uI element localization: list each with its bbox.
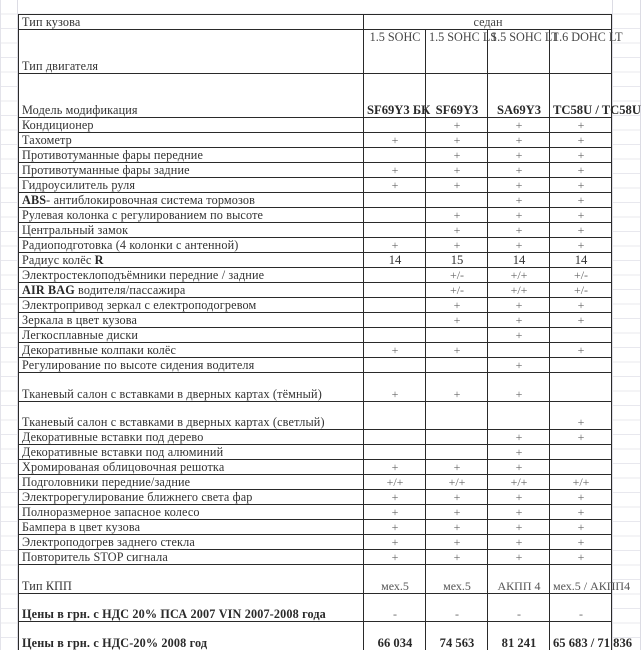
feature-value-cell[interactable]: + <box>364 133 426 148</box>
feature-row: Полноразмерное запасное колесо++++ <box>19 505 612 520</box>
feature-value-cell[interactable]: + <box>426 163 488 178</box>
feature-value-cell[interactable] <box>488 343 550 358</box>
feature-value-cell[interactable]: + <box>488 163 550 178</box>
feature-label-text: Радиус колёс <box>22 253 95 267</box>
feature-value-cell[interactable]: + <box>426 313 488 328</box>
feature-value-cell[interactable]: + <box>488 313 550 328</box>
feature-value-cell[interactable]: + <box>488 193 550 208</box>
feature-value-cell[interactable]: + <box>488 535 550 550</box>
feature-value-cell[interactable] <box>364 193 426 208</box>
feature-value-cell[interactable]: + <box>488 148 550 163</box>
feature-label[interactable]: Декоративные вставки под дерево <box>19 430 364 445</box>
feature-label[interactable]: Радиус колёс R <box>19 253 364 268</box>
feature-label[interactable]: Зеркала в цвет кузова <box>19 313 364 328</box>
gearbox-row-cell[interactable]: мех.5 <box>364 565 426 594</box>
feature-label-text: Полноразмерное запасное колесо <box>22 505 200 519</box>
feature-value-cell[interactable]: + <box>488 298 550 313</box>
feature-row: Противотуманные фары передние+++ <box>19 148 612 163</box>
price-2008-row-label[interactable]: Цены в грн. с НДС-20% 2008 год <box>19 622 364 650</box>
feature-value-cell[interactable]: + <box>550 163 612 178</box>
feature-value-cell[interactable] <box>550 358 612 373</box>
feature-label-text: Регулирование по высоте сидения водителя <box>22 358 254 372</box>
feature-label[interactable]: Противотуманные фары задние <box>19 163 364 178</box>
feature-label[interactable]: ABS- антиблокировочная система тормозов <box>19 193 364 208</box>
feature-value-cell[interactable]: + <box>488 328 550 343</box>
feature-value-cell[interactable]: + <box>426 118 488 133</box>
engine-cell[interactable]: 1.5 SOHC <box>364 30 426 74</box>
feature-value-cell[interactable]: + <box>488 373 550 402</box>
feature-row: Центральный замок+++ <box>19 223 612 238</box>
feature-value-cell[interactable]: + <box>364 163 426 178</box>
feature-value-cell[interactable]: +/- <box>426 268 488 283</box>
feature-value-cell[interactable]: + <box>426 133 488 148</box>
feature-label[interactable]: Центральный замок <box>19 223 364 238</box>
feature-value-cell[interactable]: + <box>488 178 550 193</box>
feature-value-cell[interactable] <box>364 268 426 283</box>
gearbox-row-cell[interactable]: АКПП 4 <box>488 565 550 594</box>
feature-value-cell[interactable]: + <box>550 193 612 208</box>
feature-row: Легкосплавные диски+ <box>19 328 612 343</box>
feature-value-cell[interactable]: + <box>488 520 550 535</box>
feature-label-text: Повторитель STOP сигнала <box>22 550 168 564</box>
body-type-value[interactable]: седан <box>364 15 612 30</box>
feature-value-cell[interactable] <box>364 445 426 460</box>
feature-label[interactable]: Тканевый салон с вставками в дверных кар… <box>19 373 364 402</box>
engine-cell[interactable]: 1.6 DOHC LT <box>550 30 612 74</box>
feature-value-cell[interactable] <box>364 328 426 343</box>
gearbox-row-cell[interactable]: мех.5 / АКПП4 <box>550 565 612 594</box>
feature-row: Противотуманные фары задние++++ <box>19 163 612 178</box>
feature-value-cell[interactable] <box>426 401 488 430</box>
feature-label[interactable]: Рулевая колонка с регулированием по высо… <box>19 208 364 223</box>
feature-value-cell[interactable]: +/- <box>550 268 612 283</box>
engine-cell[interactable]: 1.5 SOHC LT <box>488 30 550 74</box>
feature-row: Бампера в цвет кузова++++ <box>19 520 612 535</box>
feature-label[interactable]: AIR BAG водителя/пассажира <box>19 283 364 298</box>
feature-value-cell[interactable]: + <box>488 505 550 520</box>
feature-row: AIR BAG водителя/пассажира+/-+/++/- <box>19 283 612 298</box>
feature-value-cell[interactable]: + <box>550 223 612 238</box>
feature-row: Электропривод зеркал с електроподогревом… <box>19 298 612 313</box>
feature-label-keyword: AIR BAG <box>22 283 75 297</box>
feature-label-text: Бампера в цвет кузова <box>22 520 140 534</box>
price-2007-row: Цены в грн. с НДС 20% ПСА 2007 VIN 2007-… <box>19 593 612 622</box>
feature-value-cell[interactable] <box>364 118 426 133</box>
feature-value-cell[interactable] <box>364 283 426 298</box>
feature-label[interactable]: Тахометр <box>19 133 364 148</box>
feature-label[interactable]: Тканевый салон с вставками в дверных кар… <box>19 401 364 430</box>
feature-label-text: Электропривод зеркал с електроподогревом <box>22 298 256 312</box>
feature-value-cell[interactable]: + <box>550 490 612 505</box>
feature-value-cell[interactable] <box>426 193 488 208</box>
feature-row: Электростеклоподъёмники передние / задни… <box>19 268 612 283</box>
feature-value-cell[interactable] <box>426 430 488 445</box>
gearbox-row: Тип КППмех.5мех.5АКПП 4мех.5 / АКПП4 <box>19 565 612 594</box>
feature-label-text: Декоративные вставки под алюминий <box>22 445 223 459</box>
feature-value-cell[interactable] <box>550 328 612 343</box>
feature-label[interactable]: Противотуманные фары передние <box>19 148 364 163</box>
feature-value-cell[interactable]: + <box>364 550 426 565</box>
price-2007-row-cell[interactable]: - <box>550 593 612 622</box>
feature-value-cell[interactable]: +/+ <box>488 268 550 283</box>
feature-value-cell[interactable]: + <box>488 550 550 565</box>
feature-value-cell[interactable] <box>488 401 550 430</box>
feature-value-cell[interactable]: +/+ <box>488 283 550 298</box>
feature-value-cell[interactable]: + <box>488 460 550 475</box>
feature-label-keyword: ABS <box>22 193 46 207</box>
feature-row: Тканевый салон с вставками в дверных кар… <box>19 373 612 402</box>
specification-table: Тип кузова седан Тип двигателя 1.5 SOHC … <box>18 14 612 650</box>
feature-value-cell[interactable] <box>364 223 426 238</box>
feature-label-text: Противотуманные фары задние <box>22 163 190 177</box>
feature-value-cell[interactable]: 14 <box>550 253 612 268</box>
feature-value-cell[interactable]: + <box>488 445 550 460</box>
feature-value-cell[interactable] <box>364 313 426 328</box>
feature-value-cell[interactable]: 14 <box>364 253 426 268</box>
feature-value-cell[interactable]: +/- <box>550 283 612 298</box>
feature-value-cell[interactable] <box>364 358 426 373</box>
feature-value-cell[interactable]: + <box>550 430 612 445</box>
feature-value-cell[interactable]: + <box>550 343 612 358</box>
model-row: Модель модификация SF69Y3 БК SF69Y3 SA69… <box>19 74 612 118</box>
feature-value-cell[interactable]: + <box>426 490 488 505</box>
feature-row: Электрорегулирование ближнего света фар+… <box>19 490 612 505</box>
feature-label-text: Электростеклоподъёмники передние / задни… <box>22 268 264 282</box>
feature-label-text: Электрорегулирование ближнего света фар <box>22 490 253 504</box>
feature-value-cell[interactable]: +/+ <box>550 475 612 490</box>
feature-value-cell[interactable] <box>364 430 426 445</box>
feature-value-cell[interactable]: + <box>426 550 488 565</box>
price-2007-row-cell[interactable]: - <box>364 593 426 622</box>
feature-value-cell[interactable]: + <box>550 505 612 520</box>
feature-row: ABS- антиблокировочная система тормозов+… <box>19 193 612 208</box>
feature-value-cell[interactable]: + <box>426 223 488 238</box>
feature-value-cell[interactable]: + <box>364 460 426 475</box>
feature-value-cell[interactable]: +/+ <box>488 475 550 490</box>
feature-label-text: Хромированая облицовочная решотка <box>22 460 224 474</box>
feature-row: Декоративные колпаки колёс+++ <box>19 343 612 358</box>
engine-row: Тип двигателя 1.5 SOHC 1.5 SOHC LS 1.5 S… <box>19 30 612 74</box>
feature-label-text: Подголовники передние/задние <box>22 475 190 489</box>
feature-row: Тахометр++++ <box>19 133 612 148</box>
price-2007-row-label[interactable]: Цены в грн. с НДС 20% ПСА 2007 VIN 2007-… <box>19 593 364 622</box>
feature-value-cell[interactable]: + <box>550 238 612 253</box>
feature-value-cell[interactable] <box>426 328 488 343</box>
feature-value-cell[interactable]: + <box>426 535 488 550</box>
feature-label-text: Декоративные вставки под дерево <box>22 430 204 444</box>
feature-label[interactable]: Радиоподготовка (4 колонки с антенной) <box>19 238 364 253</box>
model-cell[interactable]: SF69Y3 БК <box>364 74 426 118</box>
feature-label-text: Радиоподготовка (4 колонки с антенной) <box>22 238 238 252</box>
feature-label[interactable]: Бампера в цвет кузова <box>19 520 364 535</box>
feature-value-cell[interactable]: + <box>426 520 488 535</box>
feature-value-cell[interactable]: + <box>550 298 612 313</box>
feature-value-cell[interactable]: + <box>364 505 426 520</box>
price-2008-row-cell[interactable]: 74 563 <box>426 622 488 650</box>
gearbox-row-label[interactable]: Тип КПП <box>19 565 364 594</box>
model-label[interactable]: Модель модификация <box>19 74 364 118</box>
model-cell[interactable]: SA69Y3 <box>488 74 550 118</box>
feature-value-cell[interactable]: + <box>550 148 612 163</box>
feature-label-text: Центральный замок <box>22 223 128 237</box>
model-cell[interactable]: TC58U / TC58U-05 <box>550 74 612 118</box>
feature-value-cell[interactable]: + <box>426 208 488 223</box>
body-type-row: Тип кузова седан <box>19 15 612 30</box>
feature-label[interactable]: Легкосплавные диски <box>19 328 364 343</box>
gearbox-row-cell[interactable]: мех.5 <box>426 565 488 594</box>
feature-value-cell[interactable] <box>364 148 426 163</box>
feature-value-cell[interactable]: + <box>550 133 612 148</box>
feature-label[interactable]: Кондиционер <box>19 118 364 133</box>
feature-value-cell[interactable]: + <box>426 148 488 163</box>
feature-label-text: Рулевая колонка с регулированием по высо… <box>22 208 263 222</box>
feature-label-text: Электроподогрев заднего стекла <box>22 535 195 549</box>
feature-value-cell[interactable]: + <box>426 298 488 313</box>
feature-label[interactable]: Полноразмерное запасное колесо <box>19 505 364 520</box>
gridline <box>612 0 613 650</box>
feature-value-cell[interactable]: + <box>364 178 426 193</box>
feature-row: Хромированая облицовочная решотка+++ <box>19 460 612 475</box>
feature-value-cell[interactable]: + <box>364 490 426 505</box>
body-type-label[interactable]: Тип кузова <box>19 15 364 30</box>
feature-value-cell[interactable]: + <box>488 490 550 505</box>
feature-label[interactable]: Электростеклоподъёмники передние / задни… <box>19 268 364 283</box>
feature-row: Радиус колёс R14151414 <box>19 253 612 268</box>
feature-value-cell[interactable]: 14 <box>488 253 550 268</box>
engine-label[interactable]: Тип двигателя <box>19 30 364 74</box>
feature-value-cell[interactable]: +/+ <box>364 475 426 490</box>
feature-label-text: - антиблокировочная система тормозов <box>46 193 255 207</box>
feature-label-text: Тканевый салон с вставками в дверных кар… <box>22 387 322 401</box>
feature-value-cell[interactable]: + <box>364 238 426 253</box>
feature-row: Кондиционер+++ <box>19 118 612 133</box>
price-2007-row-cell[interactable]: - <box>488 593 550 622</box>
price-2008-row-cell[interactable]: 66 034 <box>364 622 426 650</box>
feature-value-cell[interactable]: + <box>426 238 488 253</box>
feature-value-cell[interactable]: + <box>550 401 612 430</box>
feature-value-cell[interactable]: + <box>426 178 488 193</box>
feature-value-cell[interactable]: + <box>426 373 488 402</box>
feature-label[interactable]: Электрорегулирование ближнего света фар <box>19 490 364 505</box>
model-cell[interactable]: SF69Y3 <box>426 74 488 118</box>
feature-label-keyword: R <box>95 253 104 267</box>
feature-row: Электроподогрев заднего стекла++++ <box>19 535 612 550</box>
feature-value-cell[interactable]: + <box>488 358 550 373</box>
feature-label-text: Зеркала в цвет кузова <box>22 313 137 327</box>
feature-label-text: Легкосплавные диски <box>22 328 138 342</box>
feature-value-cell[interactable]: + <box>550 178 612 193</box>
feature-value-cell[interactable]: 15 <box>426 253 488 268</box>
price-2007-row-cell[interactable]: - <box>426 593 488 622</box>
feature-value-cell[interactable]: + <box>426 460 488 475</box>
feature-value-cell[interactable]: + <box>488 238 550 253</box>
feature-value-cell[interactable]: + <box>488 430 550 445</box>
feature-label-text: Противотуманные фары передние <box>22 148 203 162</box>
engine-cell[interactable]: 1.5 SOHC LS <box>426 30 488 74</box>
price-2008-row-cell[interactable]: 81 241 <box>488 622 550 650</box>
feature-row: Гидроусилитель руля++++ <box>19 178 612 193</box>
feature-value-cell[interactable] <box>426 445 488 460</box>
feature-value-cell[interactable] <box>550 445 612 460</box>
feature-label-text: Гидроусилитель руля <box>22 178 135 192</box>
feature-label[interactable]: Декоративные колпаки колёс <box>19 343 364 358</box>
feature-label-text: Декоративные колпаки колёс <box>22 343 176 357</box>
feature-value-cell[interactable] <box>550 460 612 475</box>
feature-value-cell[interactable]: + <box>488 223 550 238</box>
feature-label-text: Тканевый салон с вставками в дверных кар… <box>22 415 325 429</box>
feature-value-cell[interactable]: +/+ <box>426 475 488 490</box>
feature-value-cell[interactable]: + <box>364 343 426 358</box>
feature-value-cell[interactable]: + <box>364 535 426 550</box>
feature-label[interactable]: Гидроусилитель руля <box>19 178 364 193</box>
feature-row: Декоративные вставки под алюминий+ <box>19 445 612 460</box>
feature-label-text: Тахометр <box>22 133 72 147</box>
feature-value-cell[interactable]: + <box>550 535 612 550</box>
feature-label[interactable]: Повторитель STOP сигнала <box>19 550 364 565</box>
price-2008-row-cell[interactable]: 65 683 / 71 836 <box>550 622 612 650</box>
feature-value-cell[interactable] <box>550 373 612 402</box>
feature-row: Тканевый салон с вставками в дверных кар… <box>19 401 612 430</box>
feature-value-cell[interactable]: + <box>426 343 488 358</box>
feature-value-cell[interactable]: + <box>426 505 488 520</box>
feature-value-cell[interactable]: + <box>364 373 426 402</box>
feature-value-cell[interactable]: + <box>488 208 550 223</box>
feature-label[interactable]: Электропривод зеркал с електроподогревом <box>19 298 364 313</box>
feature-label-text: Кондиционер <box>22 118 94 132</box>
feature-value-cell[interactable]: + <box>550 313 612 328</box>
feature-value-cell[interactable] <box>364 298 426 313</box>
feature-label[interactable]: Подголовники передние/задние <box>19 475 364 490</box>
feature-row: Радиоподготовка (4 колонки с антенной)++… <box>19 238 612 253</box>
feature-value-cell[interactable]: + <box>550 208 612 223</box>
feature-label[interactable]: Электроподогрев заднего стекла <box>19 535 364 550</box>
feature-value-cell[interactable]: + <box>488 118 550 133</box>
feature-label[interactable]: Регулирование по высоте сидения водителя <box>19 358 364 373</box>
feature-value-cell[interactable]: + <box>488 133 550 148</box>
feature-value-cell[interactable] <box>364 401 426 430</box>
feature-row: Декоративные вставки под дерево++ <box>19 430 612 445</box>
feature-row: Рулевая колонка с регулированием по высо… <box>19 208 612 223</box>
feature-value-cell[interactable] <box>364 208 426 223</box>
feature-value-cell[interactable]: + <box>550 550 612 565</box>
price-2008-row: Цены в грн. с НДС-20% 2008 год66 03474 5… <box>19 622 612 650</box>
feature-label-text: водителя/пассажира <box>75 283 186 297</box>
feature-value-cell[interactable]: +/- <box>426 283 488 298</box>
feature-label[interactable]: Декоративные вставки под алюминий <box>19 445 364 460</box>
feature-row: Повторитель STOP сигнала++++ <box>19 550 612 565</box>
feature-label[interactable]: Хромированая облицовочная решотка <box>19 460 364 475</box>
feature-row: Регулирование по высоте сидения водителя… <box>19 358 612 373</box>
feature-row: Зеркала в цвет кузова+++ <box>19 313 612 328</box>
feature-value-cell[interactable]: + <box>550 520 612 535</box>
feature-value-cell[interactable] <box>426 358 488 373</box>
feature-value-cell[interactable]: + <box>550 118 612 133</box>
feature-value-cell[interactable]: + <box>364 520 426 535</box>
feature-row: Подголовники передние/задние+/++/++/++/+ <box>19 475 612 490</box>
